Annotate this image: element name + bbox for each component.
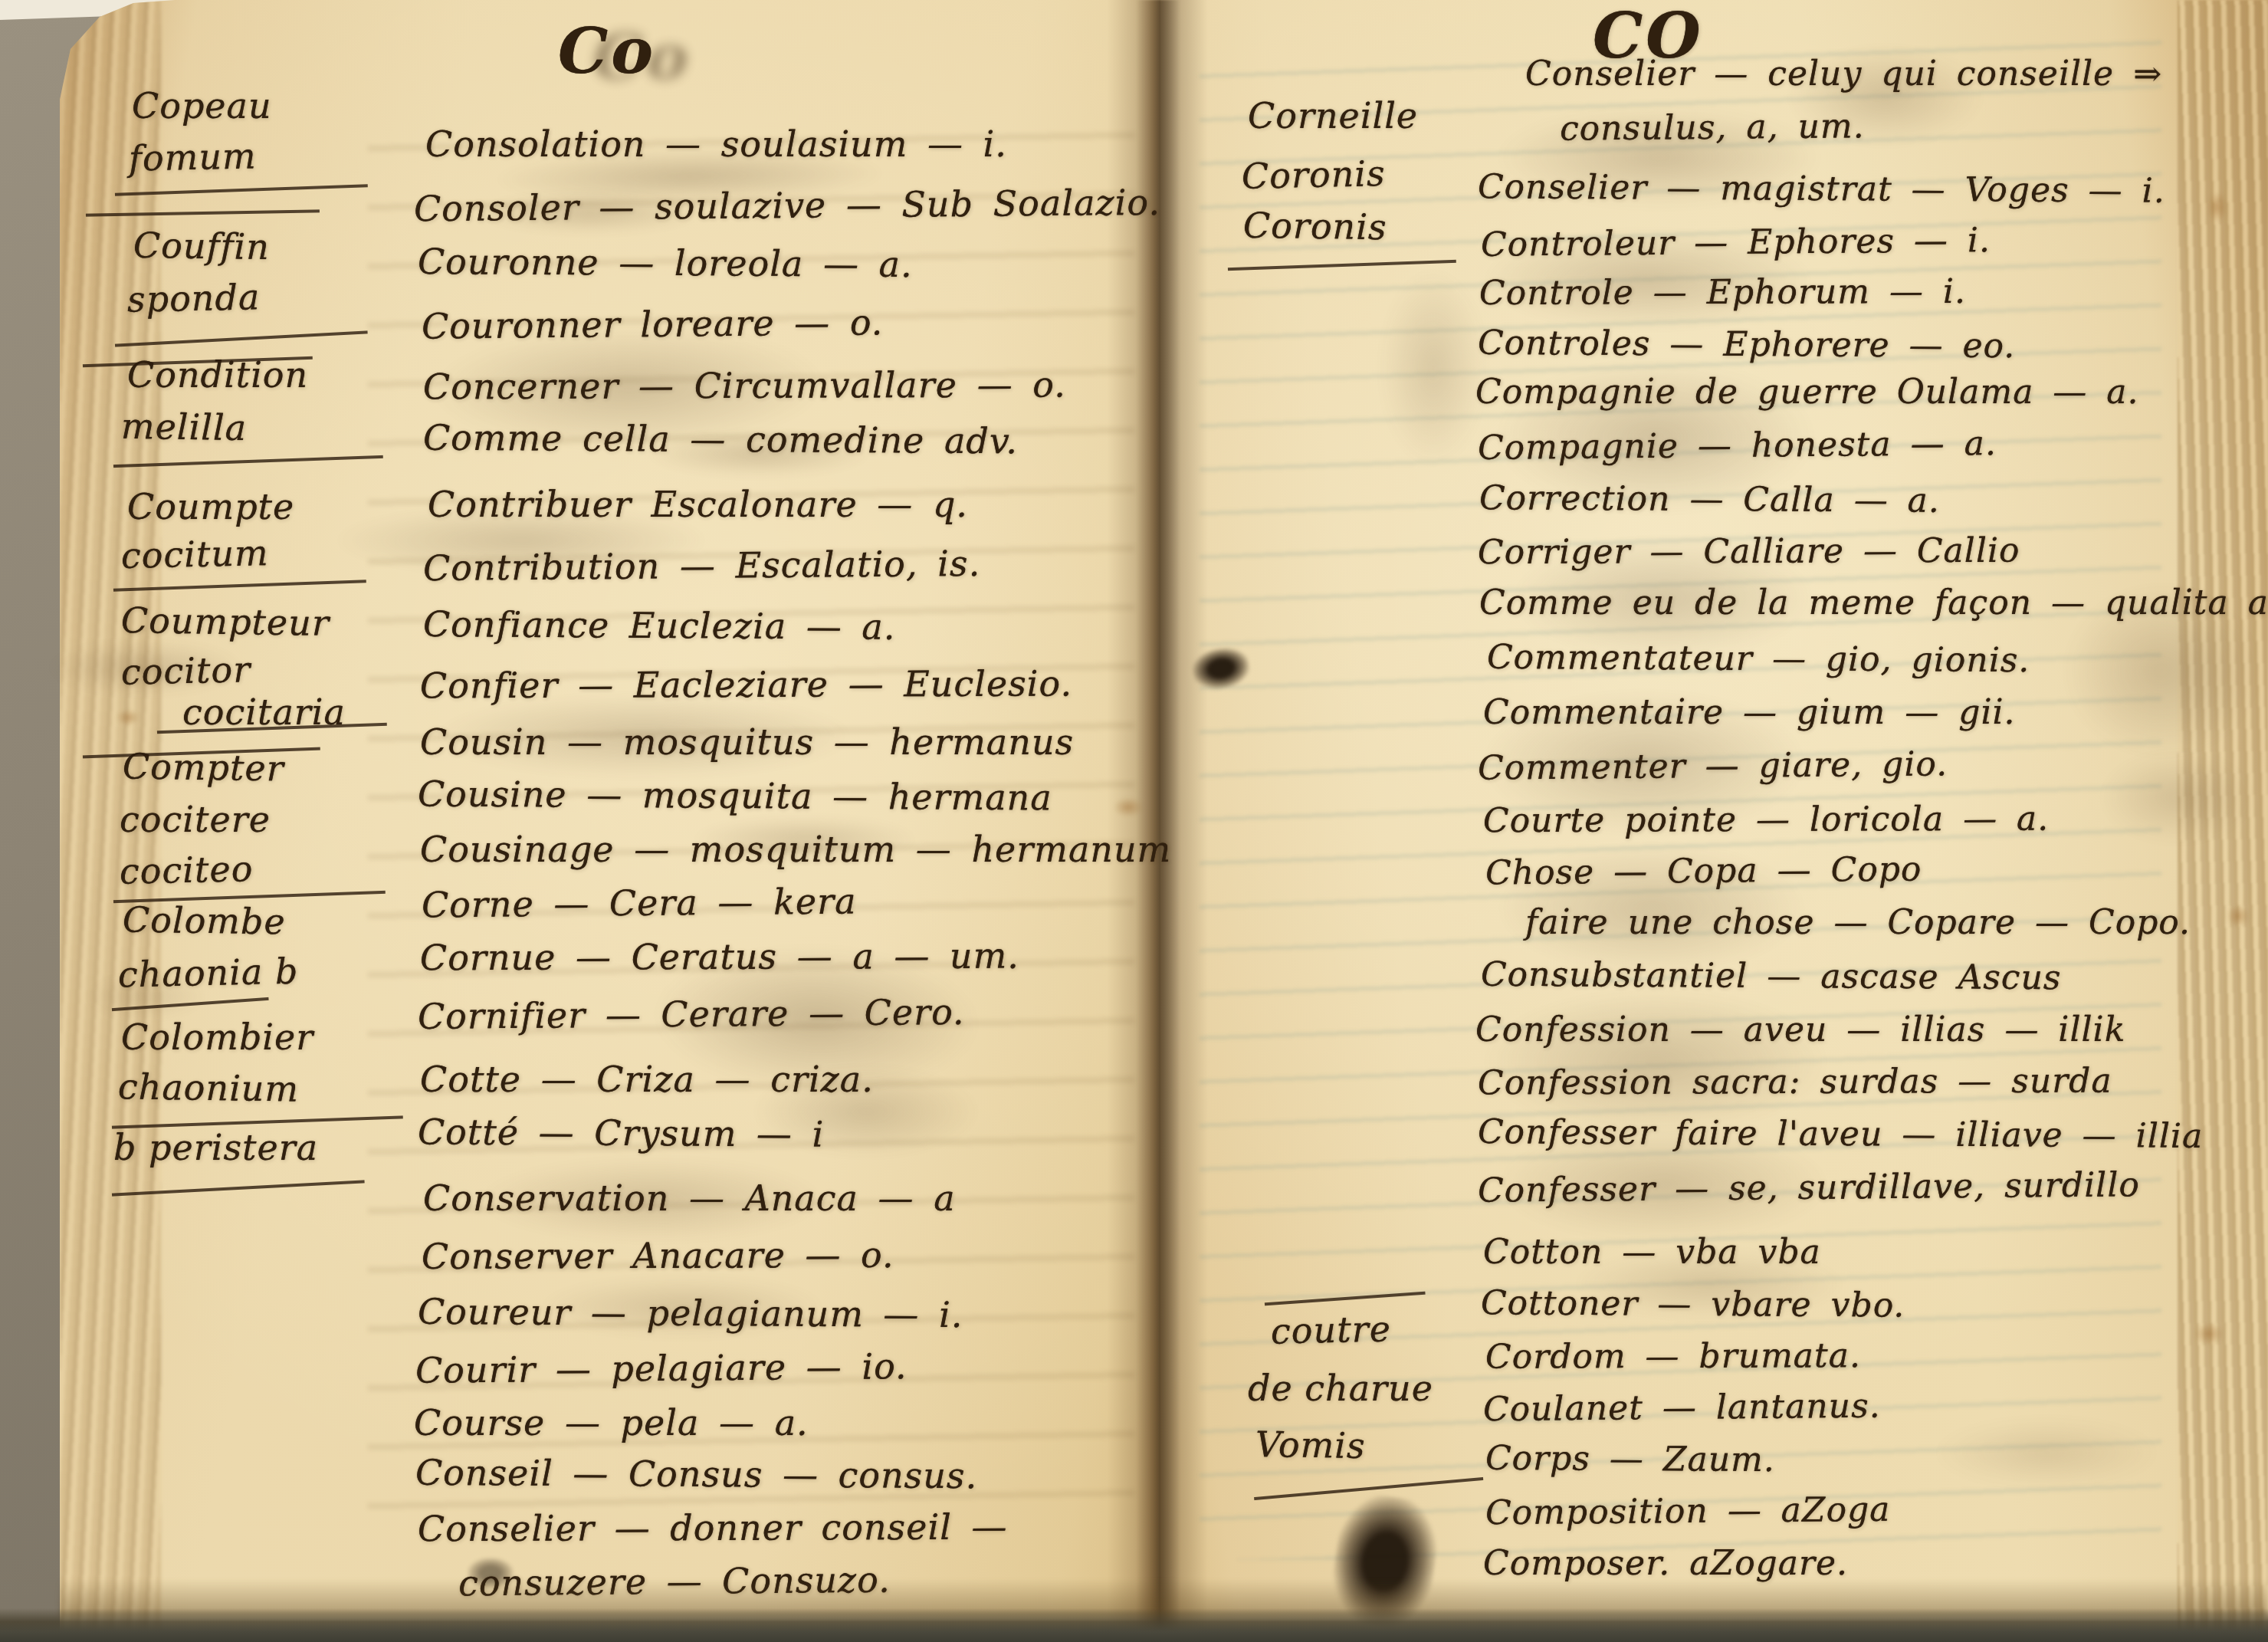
dictionary-entry-line: Cousine — mosquita — hermana bbox=[418, 776, 1052, 815]
dictionary-entry-line: Courte pointe — loricola — a. bbox=[1483, 803, 2049, 839]
margin-headword: de charue bbox=[1248, 1371, 1433, 1406]
dictionary-entry-line: Conselier — donner conseil — bbox=[418, 1509, 1008, 1547]
margin-headword: b peristera bbox=[113, 1130, 318, 1165]
margin-headword: cocitum bbox=[121, 535, 270, 573]
dictionary-entry-line: Corne — Cera — kera bbox=[422, 884, 857, 923]
dictionary-entry-line: Confession — aveu — illias — illik bbox=[1475, 1013, 2125, 1047]
dictionary-entry-line: Couronne — loreola — a. bbox=[418, 244, 913, 282]
dictionary-entry-line: Consoler — soulazive — Sub Soalazio. bbox=[414, 185, 1160, 226]
margin-headword: Couffin bbox=[133, 228, 271, 264]
margin-headword: cocitere bbox=[120, 802, 271, 837]
dictionary-entry-line: Confesser faire l'aveu — illiave — illia bbox=[1478, 1115, 2203, 1154]
margin-headword: chaonia b bbox=[118, 954, 299, 993]
margin-headword: Coumpte bbox=[127, 489, 294, 524]
margin-headword: Colombe bbox=[123, 902, 286, 940]
ink-smudge bbox=[1380, 268, 1487, 468]
dictionary-entry-line: Conservation — Anaca — a bbox=[423, 1181, 956, 1216]
dictionary-entry-line: Conseil — Consus — consus. bbox=[415, 1455, 977, 1493]
dictionary-entry-line: Composition — aZoga bbox=[1485, 1493, 1891, 1531]
dictionary-entry-line: Composer. aZogare. bbox=[1483, 1547, 1848, 1581]
margin-headword: coutre bbox=[1271, 1311, 1392, 1348]
dictionary-entry-line: Commentaire — gium — gii. bbox=[1483, 696, 2016, 730]
dictionary-entry-line: Coulanet — lantanus. bbox=[1483, 1390, 1881, 1427]
dictionary-entry-line: Chose — Copa — Copo bbox=[1485, 853, 1922, 891]
dictionary-entry-line: Confesser — se, surdillave, surdillo bbox=[1478, 1168, 2140, 1208]
dictionary-entry-line: Corriger — Calliare — Callio bbox=[1478, 534, 2020, 570]
margin-headword: Coronis bbox=[1242, 156, 1386, 194]
dictionary-entry-line: consulus, a, um. bbox=[1560, 110, 1865, 146]
dictionary-entry-line: Cotton — vba vba bbox=[1483, 1236, 1821, 1269]
dictionary-entry-line: Cornifier — Cerare — Cero. bbox=[418, 994, 965, 1034]
dictionary-entry-line: Compagnie de guerre Oulama — a. bbox=[1475, 376, 2139, 409]
dictionary-entry-line: Confession sacra: surdas — surda bbox=[1478, 1065, 2112, 1101]
margin-headword: Copeau bbox=[132, 88, 272, 123]
dictionary-entry-line: Conserver Anacare — o. bbox=[422, 1237, 894, 1274]
left-page-header: Co bbox=[558, 20, 656, 83]
margin-headword: Corneille bbox=[1248, 98, 1418, 133]
book-bottom-edge bbox=[0, 1608, 2268, 1642]
dictionary-entry-line: Commentateur — gio, gionis. bbox=[1487, 641, 2030, 678]
foxing-spot bbox=[2227, 905, 2250, 928]
dictionary-entry-line: Compagnie — honesta — a. bbox=[1478, 427, 1997, 465]
dictionary-entry-line: Comme eu de la meme façon — qualita adv. bbox=[1479, 586, 2268, 620]
dictionary-entry-line: Comme cella — comedine adv. bbox=[423, 420, 1018, 459]
margin-headword: chaonium bbox=[118, 1069, 300, 1106]
margin-headword: Coumpteur bbox=[121, 603, 330, 641]
ink-smudge bbox=[1932, 1418, 2161, 1487]
foxing-spot bbox=[2207, 192, 2227, 222]
dictionary-entry-line: Cordom — brumata. bbox=[1485, 1339, 1861, 1374]
margin-headword: Colombier bbox=[121, 1020, 313, 1055]
dictionary-entry-line: Course — pela — a. bbox=[414, 1405, 809, 1440]
dictionary-entry-line: Conselier — magistrat — Voges — i. bbox=[1478, 170, 2165, 208]
margin-headword: fomum bbox=[129, 138, 258, 176]
margin-headword: melilla bbox=[121, 409, 248, 445]
ink-smudge bbox=[2100, 751, 2253, 843]
dictionary-entry-line: Couronner loreare — o. bbox=[422, 304, 884, 343]
foxing-spot bbox=[1113, 797, 1144, 817]
margin-headword: cocitor bbox=[121, 652, 251, 690]
dictionary-entry-line: Contribuer Escalonare — q. bbox=[428, 487, 968, 522]
margin-headword: Vomis bbox=[1255, 1427, 1366, 1463]
dictionary-entry-line: Cotte — Criza — criza. bbox=[420, 1062, 874, 1097]
margin-headword: cociteo bbox=[120, 851, 254, 889]
dictionary-entry-line: Contribution — Escalatio, is. bbox=[423, 546, 980, 586]
dictionary-entry-line: Conselier — celuy qui conseille ⇒ bbox=[1525, 57, 2162, 91]
dictionary-entry-line: Concerner — Circumvallare — o. bbox=[423, 367, 1066, 405]
dictionary-entry-line: Controle — Ephorum — i. bbox=[1479, 275, 1966, 310]
photo-background: Co CO CopeaufomumCouffinspondaConditionm… bbox=[0, 0, 2268, 1642]
dictionary-entry-line: Consubstantiel — ascase Ascus bbox=[1481, 958, 2062, 996]
foxing-spot bbox=[117, 709, 139, 726]
dictionary-entry-line: Cornue — Ceratus — a — um. bbox=[420, 938, 1019, 976]
dictionary-entry-line: Cotté — Crysum — i bbox=[418, 1114, 825, 1151]
dictionary-entry-line: Coureur — pelagianum — i. bbox=[418, 1294, 963, 1332]
dictionary-entry-line: Cousin — mosquitus — hermanus bbox=[420, 724, 1074, 760]
dictionary-entry-line: Controleur — Ephores — i. bbox=[1481, 224, 1991, 262]
dictionary-entry-line: Cottoner — vbare vbo. bbox=[1481, 1286, 1905, 1322]
dictionary-entry-line: Consolation — soulasium — i. bbox=[425, 126, 1007, 162]
margin-headword: Coronis bbox=[1243, 208, 1387, 245]
foxing-spot bbox=[2194, 1322, 2224, 1345]
dictionary-entry-line: Confiance Euclezia — a. bbox=[423, 606, 896, 645]
book-gutter bbox=[1136, 0, 1180, 1642]
dictionary-entry-line: Correction — Calla — a. bbox=[1479, 481, 1940, 518]
dictionary-entry-line: Confier — Eacleziare — Euclesio. bbox=[420, 666, 1072, 704]
dictionary-entry-line: faire une chose — Copare — Copo. bbox=[1525, 906, 2191, 940]
dictionary-entry-line: Commenter — giare, gio. bbox=[1478, 747, 1948, 785]
dictionary-entry-line: Courir — pelagiare — io. bbox=[415, 1348, 908, 1388]
dictionary-entry-line: Corps — Zaum. bbox=[1485, 1442, 1775, 1477]
margin-headword: sponda bbox=[127, 279, 261, 317]
dictionary-entry-line: Cousinage — mosquitum — hermanum bbox=[420, 832, 1171, 867]
dictionary-entry-line: Controles — Ephorere — eo. bbox=[1478, 327, 2016, 363]
